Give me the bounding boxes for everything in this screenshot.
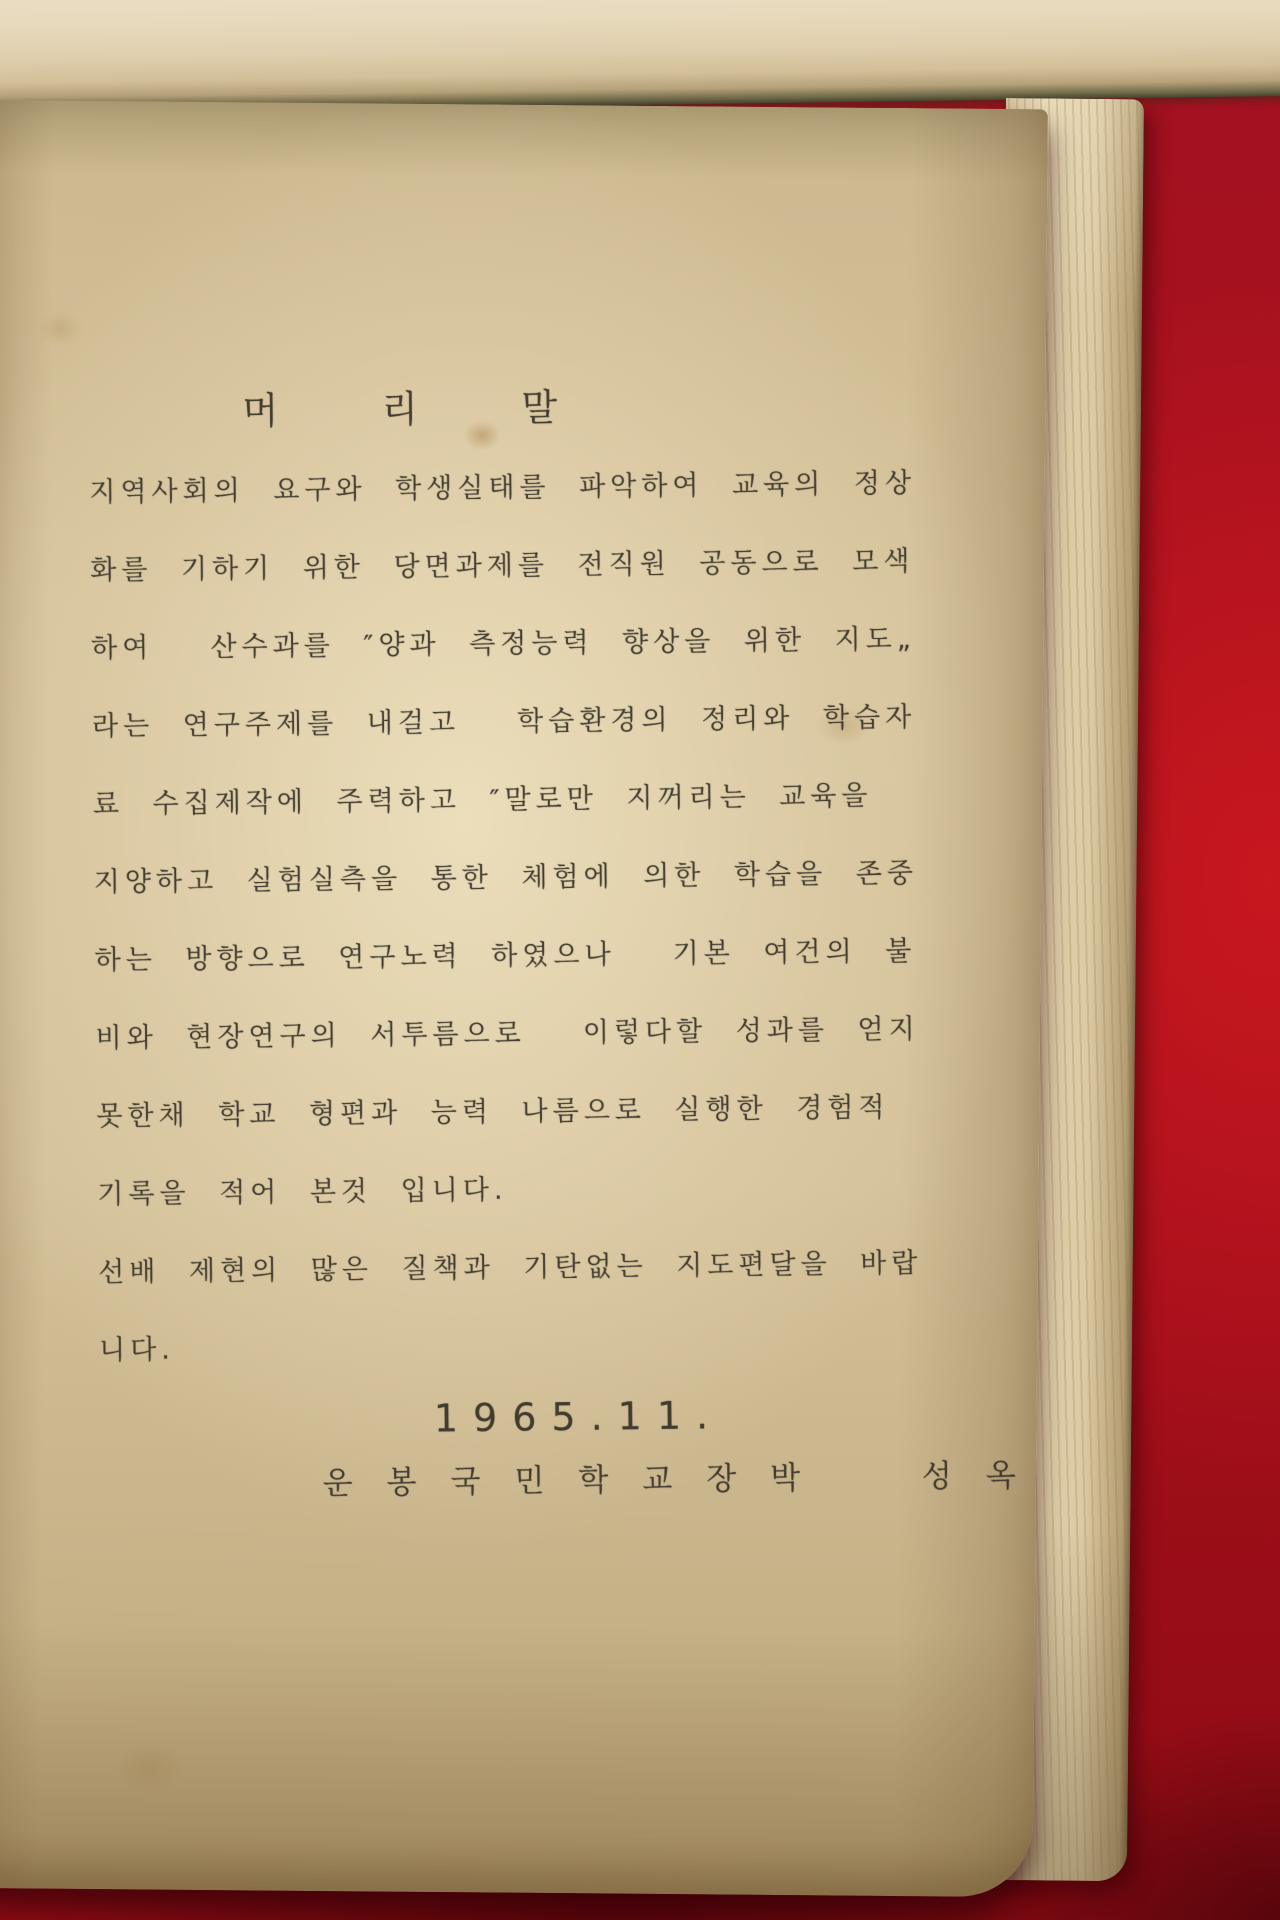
body-text: 지역사회의 요구와 학생실태를 파악하여 교육의 정상 화를 기하기 위한 당면…: [89, 444, 1000, 1390]
signature-line: 운봉국민학교장박 성옥: [322, 1450, 1050, 1503]
body-line: 료 수집제작에 주력하고 ″말로만 지꺼리는 교육을: [92, 756, 993, 844]
date-line: 1965.11.: [434, 1393, 724, 1440]
page-title: 머 리 말: [242, 377, 603, 435]
body-line: 하여 산수과를 ″양과 측정능력 향상을 위한 지도„: [91, 600, 992, 688]
body-line: 화를 기하기 위한 당면과제를 전직원 공동으로 모색: [90, 522, 991, 610]
body-line: 지양하고 실험실측을 통한 체험에 의한 학습을 존중: [93, 834, 994, 922]
body-line: 못한채 학교 형편과 능력 나름으로 실행한 경험적: [96, 1068, 997, 1156]
body-line: 니다.: [99, 1302, 1000, 1390]
body-line: 비와 현장연구의 서투름으로 이렇다할 성과를 얻지: [95, 990, 996, 1078]
body-line: 기록을 적어 본것 입니다.: [97, 1146, 998, 1234]
preface-text: 머 리 말 지역사회의 요구와 학생실태를 파악하여 교육의 정상 화를 기하기…: [0, 0, 1280, 1920]
body-line: 라는 연구주제를 내걸고 학습환경의 정리와 학습자: [92, 678, 993, 766]
body-line: 지역사회의 요구와 학생실태를 파악하여 교육의 정상: [89, 444, 990, 532]
photo-of-old-book-page: 머 리 말 지역사회의 요구와 학생실태를 파악하여 교육의 정상 화를 기하기…: [0, 0, 1280, 1920]
body-line: 선배 제현의 많은 질책과 기탄없는 지도편달을 바랍: [98, 1224, 999, 1312]
body-line: 하는 방향으로 연구노력 하였으나 기본 여건의 불: [94, 912, 995, 1000]
